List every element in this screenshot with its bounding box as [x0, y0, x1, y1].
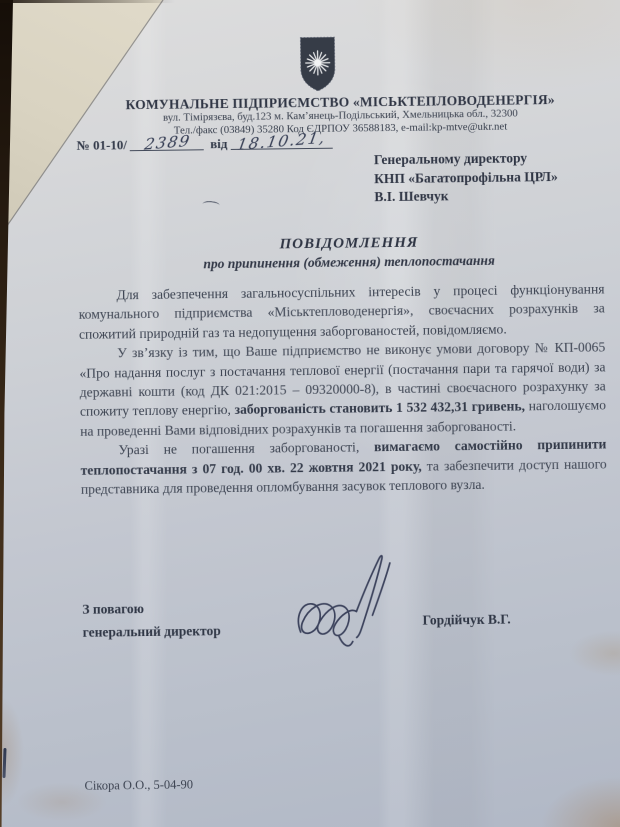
letter-content: КОМУНАЛЬНЕ ПІДПРИЄМСТВО «МІСЬКТЕПЛОВОДЕН… [0, 0, 620, 827]
stray-pen-mark [202, 201, 219, 209]
letter-body: Для забезпечення загальносуспільних інте… [78, 279, 607, 499]
ref-number-prefix: № 01-10/ [77, 137, 127, 153]
closing-salutation: З повагою [82, 597, 220, 621]
paragraph-2: У зв’язку із тим, що Ваше підприємство н… [79, 338, 606, 441]
debt-amount-emphasis: заборгованість становить 1 532 432,31 гр… [234, 399, 525, 418]
closing-block: З повагою генеральний директор [82, 597, 221, 644]
paragraph-3: Уразі не погашення заборгованості, вимаг… [80, 435, 607, 500]
paragraph-1: Для забезпечення загальносуспільних інте… [78, 279, 605, 344]
handwritten-signature [282, 549, 413, 666]
handwritten-number: 2389 [143, 132, 192, 154]
shield-sunburst-icon [297, 36, 338, 92]
executor-note: Сікора О.О., 5-04-90 [84, 777, 193, 793]
document-photo: КОМУНАЛЬНЕ ПІДПРИЄМСТВО «МІСЬКТЕПЛОВОДЕН… [0, 0, 620, 827]
signer-position: генеральний директор [83, 620, 221, 644]
signer-name: Гордійчук В.Г. [422, 612, 510, 629]
ref-number-blank: 2389 [130, 134, 204, 151]
letterhead: КОМУНАЛЬНЕ ПІДПРИЄМСТВО «МІСЬКТЕПЛОВОДЕН… [76, 91, 604, 137]
recipient-line: Генеральному директору [374, 149, 558, 170]
recipient-line: КНП «Багатопрофільна ЦРЛ» [374, 167, 558, 188]
ref-date-blank: 18.10.21, [230, 133, 332, 150]
org-emblem [297, 36, 338, 92]
title-block: ПОВІДОМЛЕННЯ про припинення (обмеження) … [98, 231, 600, 274]
recipient-block: Генеральному директору КНП «Багатопрофіл… [374, 149, 558, 207]
ref-date-label: від [210, 136, 227, 151]
paragraph-3-text: Уразі не погашення заборгованості, [118, 439, 374, 457]
recipient-line: В.І. Шевчук [374, 186, 558, 207]
reference-line: № 01-10/2389 від18.10.21, [77, 133, 336, 154]
